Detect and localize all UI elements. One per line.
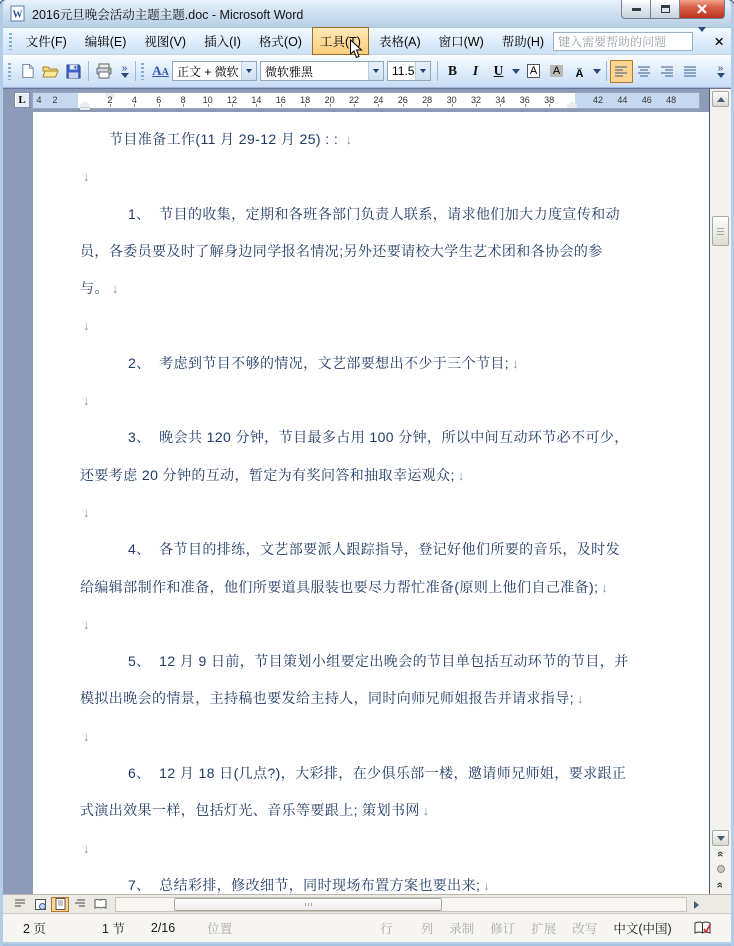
character-shading-icon: A [550,65,563,77]
ruler-number: 48 [666,95,676,105]
minimize-icon [632,8,641,11]
help-input[interactable]: 键入需要帮助的问题 [553,32,693,51]
menubar-close-icon[interactable] [715,37,723,46]
styles-and-formatting-button[interactable]: AA [149,60,172,83]
paragraph-mark: ↓ [574,691,584,706]
paragraph-mark: ↓ [80,841,90,856]
reading-layout-icon [94,899,107,909]
ruler-number: 46 [642,95,652,105]
horizontal-scroll-track[interactable] [115,897,687,912]
document-line: ↓ [80,606,709,643]
scroll-down-icon [717,836,725,841]
document-viewport: 节目准备工作(11 月 29-12 月 25) : : ↓↓1、 节目的收集，定… [3,112,709,894]
align-center-button[interactable] [633,60,656,83]
document-line: 7、 总结彩排，修改细节，同时现场布置方案也要出来;↓ [80,867,709,894]
paragraph-mark: ↓ [80,318,90,333]
ruler-tick [354,104,355,107]
main-region: L 42246810121416182022242628303234363842… [3,88,731,894]
align-left-icon [615,66,628,77]
ruler-number: 4 [36,95,41,105]
document-line-text: 还要考虑 20 分钟的互动，暂定为有奖问答和抽取幸运观众; [80,467,455,483]
underline-dropdown-icon[interactable] [510,60,522,83]
menu-item-edit[interactable]: 编辑(E) [77,27,135,55]
document-line: ↓ [80,830,709,867]
paragraph-mark: ↓ [342,132,352,147]
document-line-text: 6、 12 月 18 日(几点?)，大彩排，在少俱乐部一楼，邀请师兄师姐，要求跟… [128,765,626,781]
horizontal-scroll-thumb[interactable] [174,898,442,911]
document-line-text: 给编辑部制作和准备，他们所要道具服装也要尽力帮忙准备(原则上他们自己准备); [80,579,598,595]
underline-icon: U [494,63,504,79]
ruler[interactable]: 4224681012141618202224262830323436384244… [32,92,700,109]
overflow-chevron-icon: » [718,65,724,73]
scroll-down-button[interactable] [712,830,729,846]
document-line-text: 2、 考虑到节目不够的情况，文艺部要想出不少于三个节目; [128,355,509,371]
overflow-arrow-icon [121,73,129,78]
window-bottom-frame [3,942,731,946]
normal-view-button[interactable] [11,897,29,912]
distribute-justify-button[interactable] [679,60,702,83]
help-dropdown-icon[interactable] [698,32,706,50]
ruler-tick [452,104,453,107]
previous-page-icon: « [716,851,726,857]
status-section: 1 节 [102,919,125,937]
italic-button[interactable]: I [464,60,487,83]
standard-toolbar-options-button[interactable]: » [117,58,132,84]
ruler-tick [208,104,209,107]
distribute-justify-icon [684,66,697,77]
paragraph-mark: ↓ [80,505,90,520]
document-line-text: 与。 [80,280,109,296]
ruler-tick [134,104,135,107]
standard-toolbar-handle[interactable] [8,63,11,80]
vertical-scroll-thumb[interactable] [712,216,729,246]
character-shading-button[interactable]: A [545,60,568,83]
status-mode-track-changes[interactable]: 修订 [490,919,515,937]
document-line: 员，各委员要及时了解身边同学报名情况;另外还要请校大学生艺术团和各协会的参 [80,233,709,270]
paragraph-mark: ↓ [480,878,490,893]
normal-view-icon [15,899,26,909]
italic-icon: I [473,63,478,79]
left-indent-marker[interactable] [80,108,90,111]
style-value: 正文 + 微软 [177,63,239,80]
document-line: 节目准备工作(11 月 29-12 月 25) : : ↓ [80,121,709,158]
outline-view-icon [75,899,86,909]
status-language[interactable]: 中文(中国) [613,919,671,937]
previous-page-button[interactable]: « [712,846,729,862]
menu-item-insert[interactable]: 插入(I) [196,27,249,55]
document-line: 给编辑部制作和准备，他们所要道具服装也要尽力帮忙准备(原则上他们自己准备);↓ [80,569,709,606]
document-lines: 节目准备工作(11 月 29-12 月 25) : : ↓↓1、 节目的收集，定… [33,112,709,894]
horizontal-scrollbar-row [3,894,731,913]
document-line-text: 3、 晚会共 120 分钟，节目最多占用 100 分钟，所以中间互动环节必不可少… [128,429,629,445]
menu-item-format[interactable]: 格式(O) [251,27,310,55]
status-modes: 录制修订扩展改写 [433,919,597,937]
paragraph-mark: ↓ [420,803,430,818]
save-floppy-icon [66,64,81,79]
overflow-arrow-icon [717,73,725,78]
ruler-tick [378,104,379,107]
spelling-grammar-status-icon[interactable] [694,921,712,935]
title-bar[interactable]: W 2016元旦晚会活动主题主题.doc - Microsoft Word [3,0,731,28]
web-layout-icon [35,899,46,910]
document-line: 5、 12 月 9 日前，节目策划小组要定出晚会的节目单包括互动环节的节目，并 [80,643,709,680]
print-button[interactable] [92,60,115,83]
document-line: 1、 节目的收集，定期和各班各部门负责人联系，请求他们加大力度宣传和动 [80,196,709,233]
ruler-tick [232,104,233,107]
ruler-tick [305,104,306,107]
web-layout-view-button[interactable] [31,897,49,912]
print-layout-view-button[interactable] [51,897,69,912]
outline-view-button[interactable] [71,897,89,912]
paragraph-mark: ↓ [598,580,608,595]
character-scaling-dropdown-icon[interactable] [591,60,603,83]
align-right-button[interactable] [656,60,679,83]
document-line-text: 模拟出晚会的情景，主持稿也要发给主持人，同时向师兄师姐报告并请求指导; [80,690,574,706]
ruler-tick [281,104,282,107]
ruler-tick [183,104,184,107]
document-line: ↓ [80,158,709,195]
document-line: ↓ [80,718,709,755]
mouse-cursor [349,39,363,59]
ruler-tick [525,104,526,107]
status-position-label: 位置 [207,919,232,937]
formatting-toolbar-handle[interactable] [141,63,144,80]
status-line-label: 行 [380,919,393,937]
close-icon [697,4,707,14]
font-value: 微软雅黑 [265,63,313,80]
toolbar-row: » AA 正文 + 微软 微软雅黑 11.5 B I U A A ↔A [3,55,731,88]
ruler-number: 2 [52,95,57,105]
document-line: 4、 各节目的排练，文艺部要派人跟踪指导，登记好他们所要的音乐，及时发 [80,531,709,568]
document-line-text: 节目准备工作(11 月 29-12 月 25) : : [109,131,342,147]
menu-item-window[interactable]: 窗口(W) [431,27,492,55]
open-folder-icon [42,64,59,79]
window-title: 2016元旦晚会活动主题主题.doc - Microsoft Word [32,5,303,23]
status-mode-record[interactable]: 录制 [449,919,474,937]
font-size-combobox[interactable]: 11.5 [387,61,431,81]
ruler-number: 42 [593,95,603,105]
document-line: ↓ [80,494,709,531]
ruler-tick [110,104,111,107]
paragraph-mark: ↓ [80,617,90,632]
open-button[interactable] [39,60,62,83]
styles-icon: AA [152,62,169,80]
document-line: 3、 晚会共 120 分钟，节目最多占用 100 分钟，所以中间互动环节必不可少… [80,419,709,456]
ruler-tick [403,104,404,107]
document-line: 与。↓ [80,270,709,307]
help-placeholder: 键入需要帮助的问题 [558,33,666,50]
ruler-tick [159,104,160,107]
status-page-count: 2 页 [23,919,46,937]
menu-item-view[interactable]: 视图(V) [136,27,194,55]
svg-text:W: W [13,10,23,21]
close-button[interactable] [680,0,725,19]
document-line-text: 式演出效果一样，包括灯光、音乐等要跟上; 策划书网 [80,802,420,818]
ruler-tick [330,104,331,107]
scroll-right-icon [694,901,699,909]
ruler-tick [476,104,477,107]
document-line: ↓ [80,382,709,419]
underline-button[interactable]: U [487,60,510,83]
menu-item-help[interactable]: 帮助(H) [494,27,552,55]
window-controls [621,0,725,19]
font-size-value: 11.5 [392,64,414,78]
document-line-text: 5、 12 月 9 日前，节目策划小组要定出晚会的节目单包括互动环节的节目，并 [128,653,629,669]
status-bar: 2 页 1 节 2/16 位置 行 列 录制修订扩展改写 中文(中国) [3,913,731,942]
paragraph-mark: ↓ [80,169,90,184]
document-line: 模拟出晚会的情景，主持稿也要发给主持人，同时向师兄师姐报告并请求指导;↓ [80,680,709,717]
character-scaling-button[interactable]: ↔A [568,60,591,83]
vertical-scrollbar[interactable]: « » [709,89,731,894]
menu-item-table[interactable]: 表格(A) [371,27,429,55]
font-dropdown-icon[interactable] [368,62,383,80]
save-button[interactable] [62,60,85,83]
restore-button[interactable] [651,0,680,19]
scroll-up-button[interactable] [712,91,729,107]
bold-icon: B [448,63,457,79]
restore-icon [661,5,670,13]
bold-button[interactable]: B [441,60,464,83]
menubar-drag-handle[interactable] [9,33,12,50]
paragraph-mark: ↓ [109,281,119,296]
document-line: 式演出效果一样，包括灯光、音乐等要跟上; 策划书网↓ [80,792,709,829]
status-page-position: 2/16 [151,921,175,935]
reading-layout-view-button[interactable] [91,897,109,912]
font-size-dropdown-icon[interactable] [415,62,430,80]
paragraph-mark: ↓ [80,729,90,744]
document-line-text: 员，各委员要及时了解身边同学报名情况;另外还要请校大学生艺术团和各协会的参 [80,243,603,259]
ruler-tick [549,104,550,107]
ruler-tick [427,104,428,107]
document-line: 2、 考虑到节目不够的情况，文艺部要想出不少于三个节目;↓ [80,345,709,382]
scroll-up-icon [717,97,725,102]
overflow-chevron-icon: » [122,65,128,73]
next-page-icon: » [716,882,726,888]
status-mode-extend-selection[interactable]: 扩展 [531,919,556,937]
character-scaling-icon: ↔A [576,64,584,78]
status-column-label: 列 [421,919,434,937]
paragraph-mark: ↓ [80,393,90,408]
minimize-button[interactable] [621,0,651,19]
document-line: 6、 12 月 18 日(几点?)，大彩排，在少俱乐部一楼，邀请师兄师姐，要求跟… [80,755,709,792]
document-line: 还要考虑 20 分钟的互动，暂定为有奖问答和抽取幸运观众;↓ [80,457,709,494]
document-line-text: 7、 总结彩排，修改细节，同时现场布置方案也要出来; [128,877,480,893]
tab-selector-button[interactable]: L [14,92,30,108]
align-right-icon [661,66,674,77]
next-page-button[interactable]: » [712,877,729,893]
new-document-icon [20,63,35,79]
new-document-button[interactable] [16,60,39,83]
menu-bar: 文件(F)编辑(E)视图(V)插入(I)格式(O)工具(T)表格(A)窗口(W)… [3,28,731,55]
ruler-tick [500,104,501,107]
browse-object-icon [717,865,725,873]
document-line: ↓ [80,307,709,344]
document-line-text: 1、 节目的收集，定期和各班各部门负责人联系，请求他们加大力度宣传和动 [128,206,620,222]
formatting-toolbar-options-button[interactable]: » [713,58,728,84]
ruler-number: 44 [617,95,627,105]
menu-items: 文件(F)编辑(E)视图(V)插入(I)格式(O)工具(T)表格(A)窗口(W)… [17,27,553,55]
character-border-icon: A [527,64,540,78]
align-left-button[interactable] [610,60,633,83]
paragraph-mark: ↓ [455,468,465,483]
select-browse-object-button[interactable] [712,861,729,877]
word-window: W 2016元旦晚会活动主题主题.doc - Microsoft Word 文件… [0,0,734,946]
ruler-tick [256,104,257,107]
style-combobox[interactable]: 正文 + 微软 [172,61,257,81]
word-document-icon: W [9,5,26,22]
style-dropdown-icon[interactable] [241,62,256,80]
document-page[interactable]: 节目准备工作(11 月 29-12 月 25) : : ↓↓1、 节目的收集，定… [33,112,709,894]
align-center-icon [638,66,651,77]
print-icon [96,63,112,79]
ruler-row: L 42246810121416182022242628303234363842… [3,89,709,112]
font-combobox[interactable]: 微软雅黑 [260,61,384,81]
status-mode-overtype[interactable]: 改写 [572,919,597,937]
scroll-right-button[interactable] [689,897,703,912]
print-layout-icon [55,898,66,910]
document-line-text: 4、 各节目的排练，文艺部要派人跟踪指导，登记好他们所要的音乐，及时发 [128,541,620,557]
character-border-button[interactable]: A [522,60,545,83]
menu-item-file[interactable]: 文件(F) [18,27,75,55]
paragraph-mark: ↓ [509,356,519,371]
